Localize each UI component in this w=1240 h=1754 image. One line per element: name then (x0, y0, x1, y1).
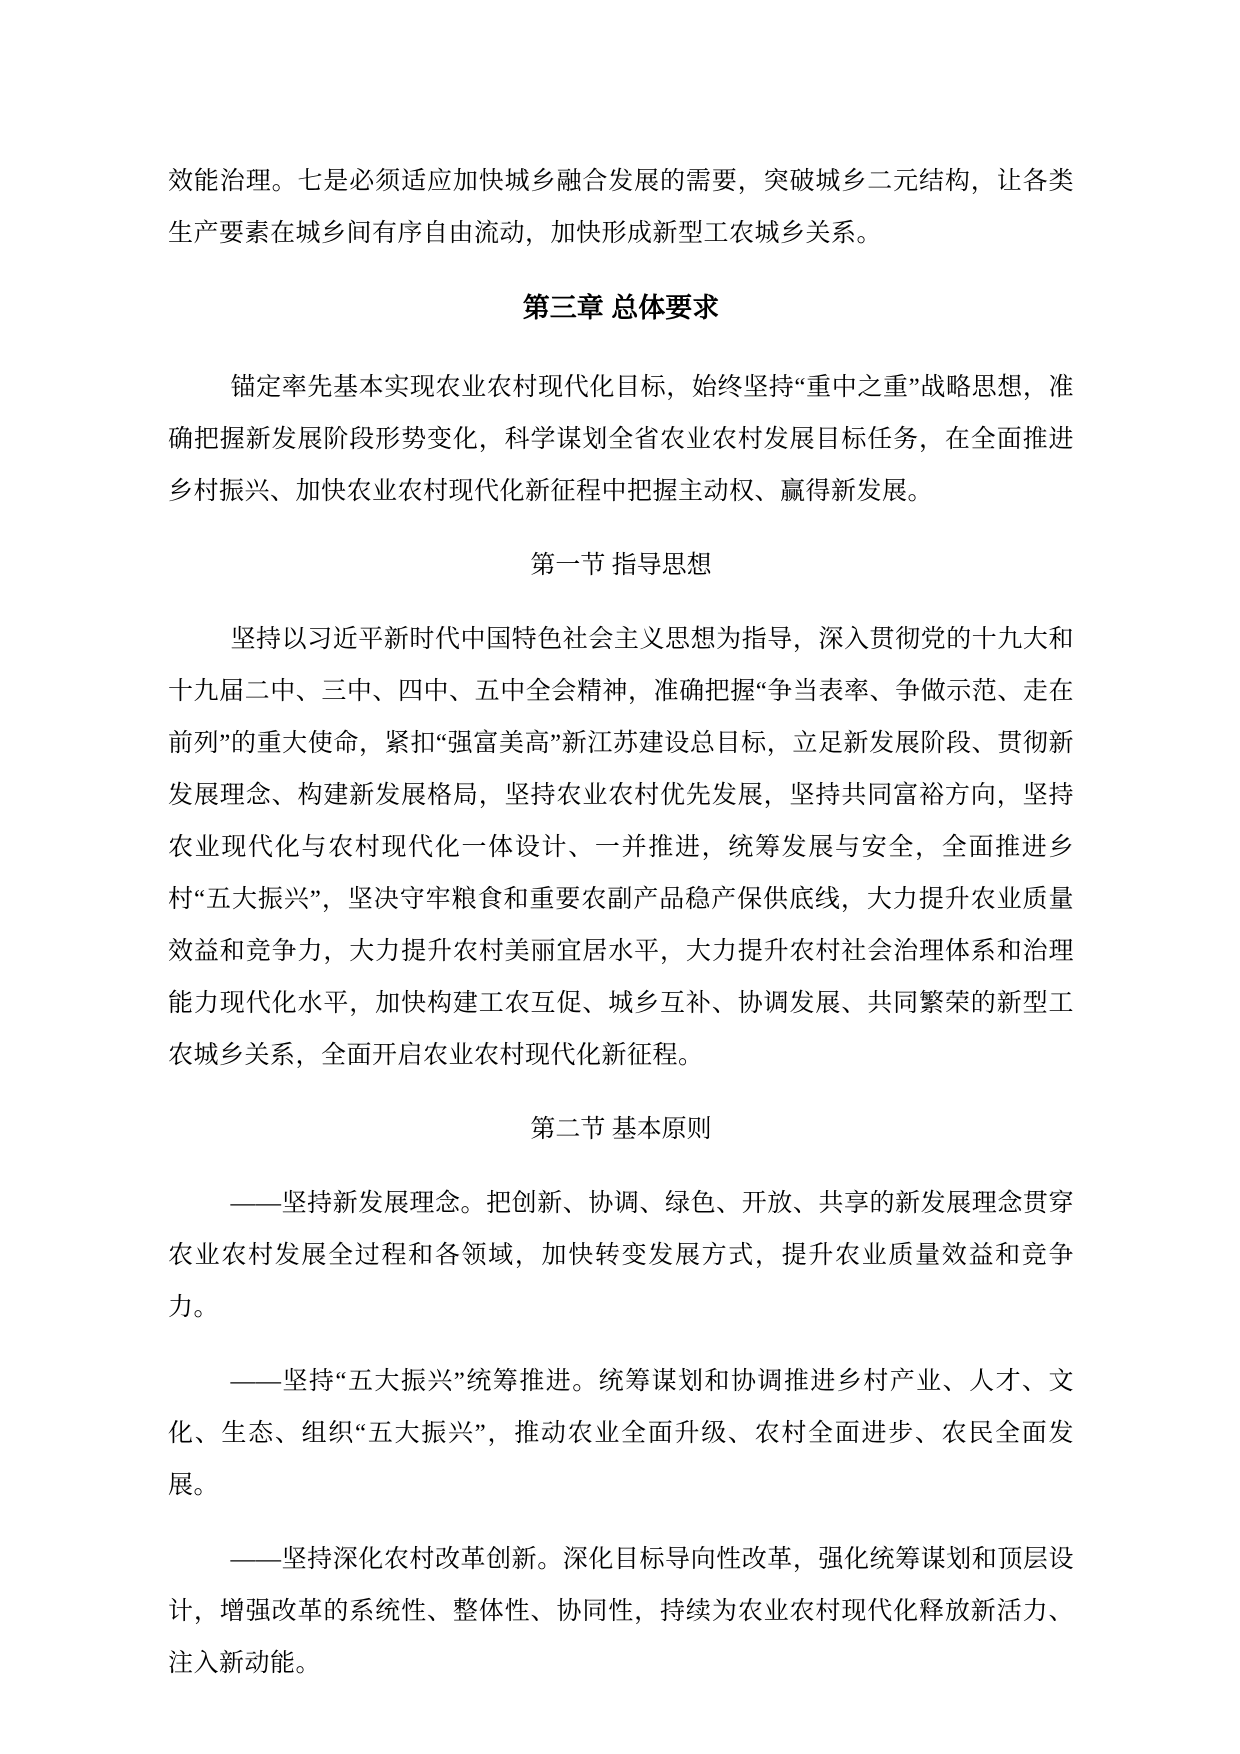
body-paragraph-continuation: 效能治理。七是必须适应加快城乡融合发展的需要，突破城乡二元结构，让各类生产要素在… (168, 156, 1074, 260)
body-paragraph: 坚持以习近平新时代中国特色社会主义思想为指导，深入贯彻党的十九大和十九届二中、三… (168, 614, 1074, 1082)
dash-paragraph: ——坚持“五大振兴”统筹推进。统筹谋划和协调推进乡村产业、人才、文化、生态、组织… (168, 1356, 1074, 1512)
dash-paragraph: ——坚持深化农村改革创新。深化目标导向性改革，强化统筹谋划和顶层设计，增强改革的… (168, 1534, 1074, 1690)
body-paragraph: 锚定率先基本实现农业农村现代化目标，始终坚持“重中之重”战略思想，准确把握新发展… (168, 362, 1074, 518)
dash-paragraph: ——坚持新发展理念。把创新、协调、绿色、开放、共享的新发展理念贯穿农业农村发展全… (168, 1178, 1074, 1334)
section-heading-basic-principles: 第二节 基本原则 (168, 1104, 1074, 1156)
chapter-heading: 第三章 总体要求 (168, 282, 1074, 334)
document-page: 效能治理。七是必须适应加快城乡融合发展的需要，突破城乡二元结构，让各类生产要素在… (0, 0, 1240, 1754)
section-heading-guiding-ideology: 第一节 指导思想 (168, 540, 1074, 592)
